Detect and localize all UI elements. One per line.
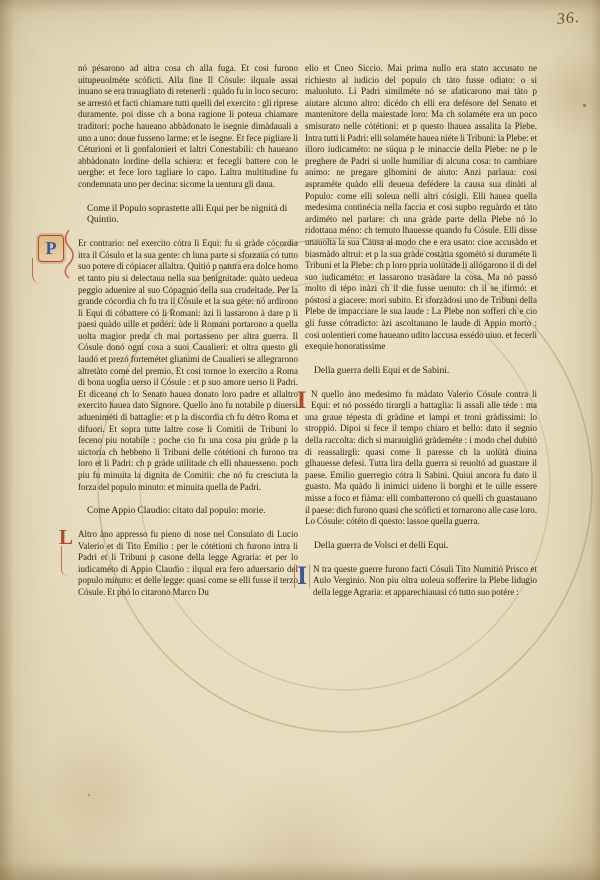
ink-speck <box>583 104 586 107</box>
heading-text: Come il Populo soprastette alli Equi per… <box>87 203 287 226</box>
text-column-right: elio et Cneo Siccio. Mai prima nullo era… <box>305 63 537 598</box>
heading-text: Come Appio Claudio: citato dal populo: m… <box>87 505 266 516</box>
paragraph: PEr contrario: nel exercito cótra li Equ… <box>78 238 298 493</box>
paragraph-text: Er contrario: nel exercito cótra li Equi… <box>78 238 298 491</box>
illuminated-initial-P: P <box>38 235 64 262</box>
ink-speck <box>88 794 90 796</box>
paragraph-text: nó pésarono ad altra cosa ch alla fuga. … <box>78 63 298 189</box>
paragraph: IN quello àno medesimo fu màdato Valerio… <box>305 389 537 528</box>
paragraph-text: N tra queste guerre furono facti Cósuli … <box>313 564 537 597</box>
book-page: 36. nó pésarono ad altra cosa ch alla fu… <box>0 0 600 880</box>
text-column-left: nó pésarono ad altra cosa ch alla fuga. … <box>78 63 298 599</box>
heading-text: Della guerra de Volsci et delli Equi. <box>314 540 448 551</box>
chapter-heading: Della guerra de Volsci et delli Equi. <box>314 540 537 552</box>
red-margin-squiggle <box>65 230 73 278</box>
paragraph-text: elio et Cneo Siccio. Mai prima nullo era… <box>305 63 537 351</box>
rubricated-initial-I: I <box>295 389 308 412</box>
chapter-heading: Come Appio Claudio: citato dal populo: m… <box>87 505 298 517</box>
paragraph: nó pésarono ad altra cosa ch alla fuga. … <box>78 63 298 191</box>
folio-number: 36. <box>556 9 581 29</box>
chapter-heading: Come il Populo soprastette alli Equi per… <box>87 203 298 227</box>
paragraph: IN tra queste guerre furono facti Cósuli… <box>305 564 537 599</box>
chapter-heading: Della guerra delli Equi et de Sabini. <box>314 365 537 377</box>
paragraph-text: Altro àno appresso fu pieno di nose nel … <box>78 529 298 597</box>
illuminated-initial-I: I <box>294 564 310 588</box>
paragraph-text: N quello àno medesimo fu màdato Valerio … <box>305 389 537 527</box>
paragraph: elio et Cneo Siccio. Mai prima nullo era… <box>305 63 537 353</box>
paragraph: LAltro àno appresso fu pieno di nose nel… <box>78 529 298 599</box>
heading-text: Della guerra delli Equi et de Sabini. <box>314 365 449 376</box>
rubricated-initial-L: L <box>59 526 75 548</box>
